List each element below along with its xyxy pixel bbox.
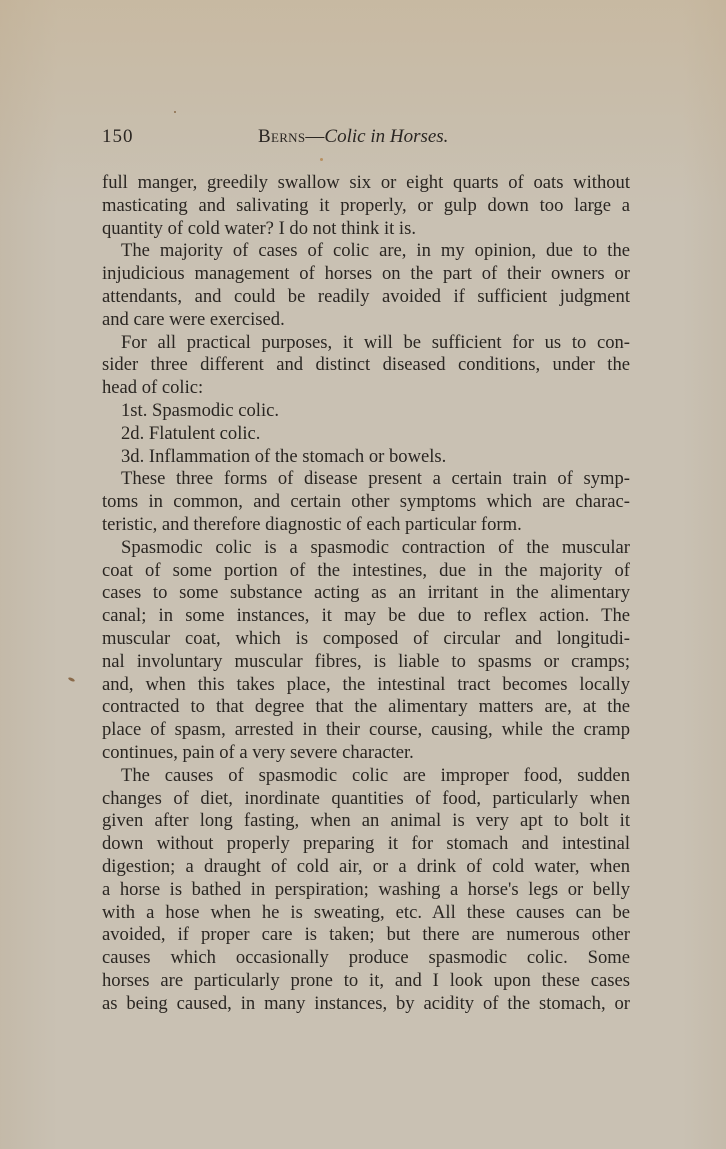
list-item: 1st. Spasmodic colic.: [102, 400, 630, 423]
text-line: toms in common, and certain other sympto…: [102, 491, 630, 514]
text-line: The majority of cases of colic are, in m…: [102, 240, 630, 263]
text-line: with a hose when he is sweating, etc. Al…: [102, 902, 630, 925]
running-head-separator: —: [305, 126, 324, 147]
body-text: full manger, greedily swallow six or eig…: [102, 172, 630, 1015]
paper-speck: [320, 158, 323, 161]
text-line: The causes of spasmodic colic are improp…: [102, 765, 630, 788]
text-line: horses are particularly prone to it, and…: [102, 970, 630, 993]
text-line: nal involuntary muscular fibres, is liab…: [102, 651, 630, 674]
text-line: and care were exercised.: [102, 309, 630, 332]
text-line: canal; in some instances, it may be due …: [102, 605, 630, 628]
list-item: 2d. Flatulent colic.: [102, 423, 630, 446]
running-head-title: Berns—Colic in Horses.: [258, 126, 448, 148]
paper-speck: [68, 677, 76, 683]
text-line: head of colic:: [102, 377, 630, 400]
text-line: avoided, if proper care is taken; but th…: [102, 924, 630, 947]
book-page: 150 Berns—Colic in Horses. full manger, …: [0, 0, 726, 1149]
running-head-author: Berns: [258, 126, 305, 147]
text-line: muscular coat, which is composed of circ…: [102, 628, 630, 651]
text-line: and, when this takes place, the intestin…: [102, 674, 630, 697]
text-line: given after long fasting, when an animal…: [102, 810, 630, 833]
text-line: a horse is bathed in perspiration; washi…: [102, 879, 630, 902]
text-line: masticating and salivating it properly, …: [102, 195, 630, 218]
list-item: 3d. Inflammation of the stomach or bowel…: [102, 446, 630, 469]
text-line: place of spasm, arrested in their course…: [102, 719, 630, 742]
running-head-subject: Colic in Horses.: [324, 126, 448, 147]
text-line: digestion; a draught of cold air, or a d…: [102, 856, 630, 879]
text-line: quantity of cold water? I do not think i…: [102, 218, 630, 241]
text-line: For all practical purposes, it will be s…: [102, 332, 630, 355]
text-line: coat of some portion of the intestines, …: [102, 560, 630, 583]
text-line: sider three different and distinct disea…: [102, 354, 630, 377]
text-line: causes which occasionally produce spasmo…: [102, 947, 630, 970]
text-line: injudicious management of horses on the …: [102, 263, 630, 286]
page-number: 150: [102, 126, 134, 148]
text-line: down without properly preparing it for s…: [102, 833, 630, 856]
text-line: attendants, and could be readily avoided…: [102, 286, 630, 309]
text-line: continues, pain of a very severe charact…: [102, 742, 630, 765]
text-line: Spasmodic colic is a spasmodic contracti…: [102, 537, 630, 560]
text-line: teristic, and therefore diagnostic of ea…: [102, 514, 630, 537]
running-head: 150 Berns—Colic in Horses.: [102, 126, 630, 152]
paper-speck: [174, 111, 176, 113]
text-line: changes of diet, inordinate quantities o…: [102, 788, 630, 811]
text-line: These three forms of disease present a c…: [102, 468, 630, 491]
text-line: full manger, greedily swallow six or eig…: [102, 172, 630, 195]
text-line: cases to some substance acting as an irr…: [102, 582, 630, 605]
text-line: as being caused, in many instances, by a…: [102, 993, 630, 1016]
text-line: contracted to that degree that the alime…: [102, 696, 630, 719]
